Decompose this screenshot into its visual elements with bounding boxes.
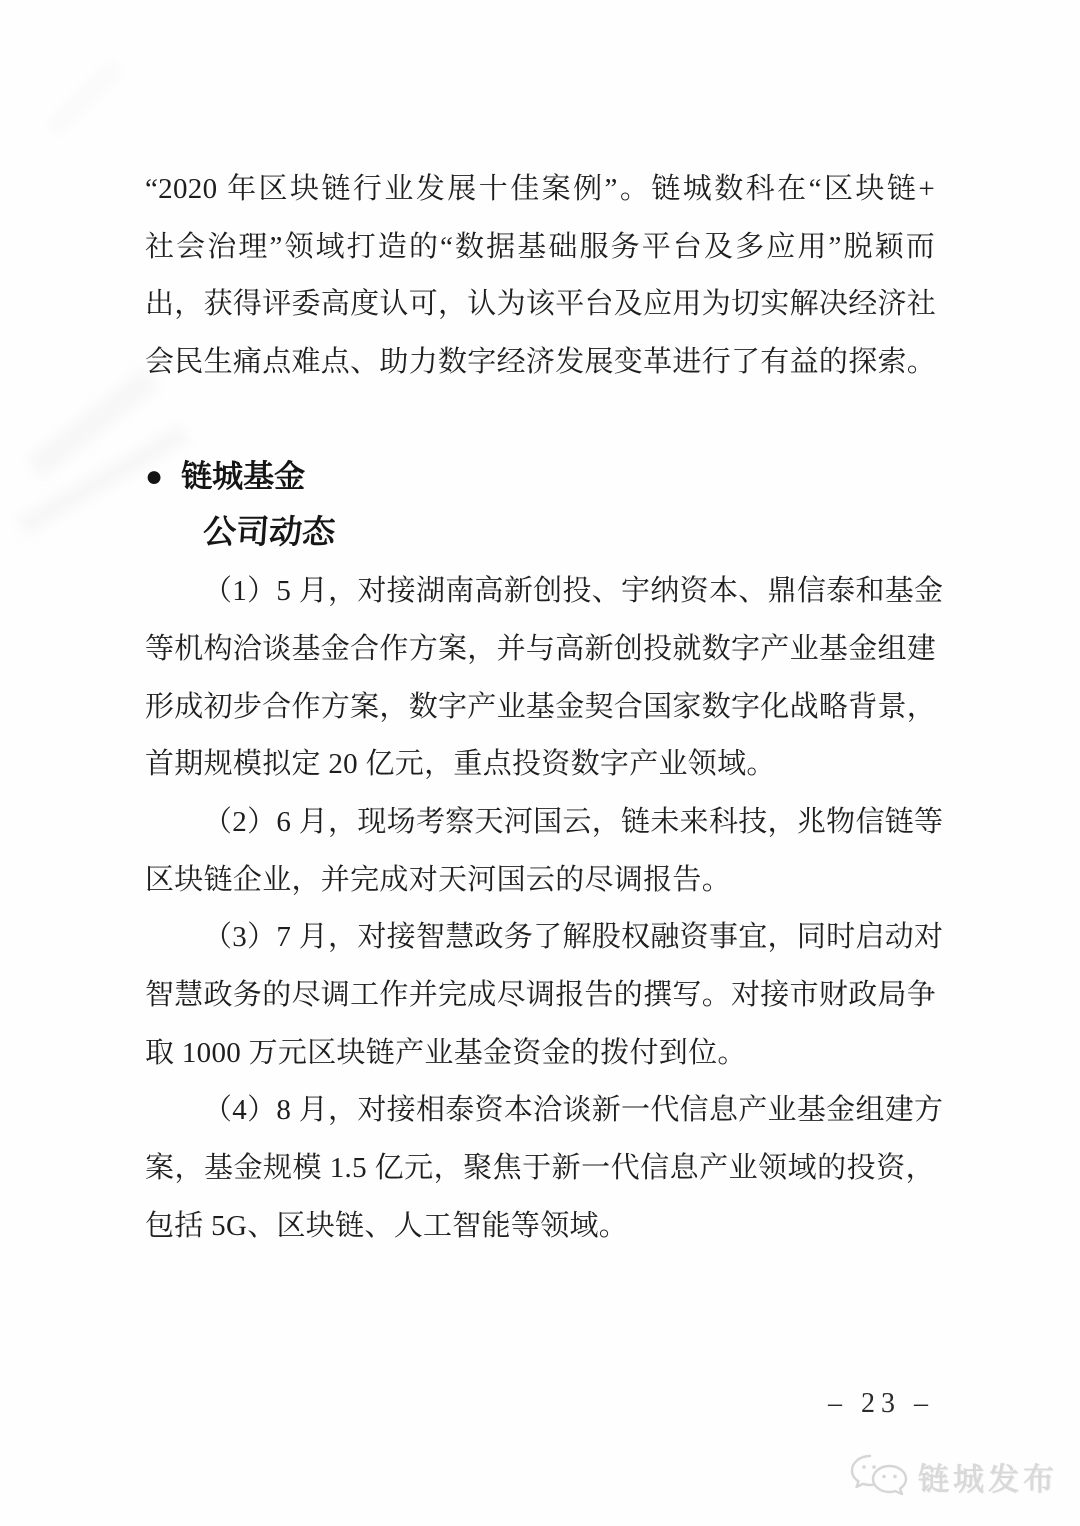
paragraph-1: （1）5 月，对接湖南高新创投、宇纳资本、鼎信泰和基金 等机构洽谈基金合作方案，…	[145, 563, 935, 794]
page-number: – 23 –	[828, 1388, 934, 1420]
wechat-icon	[848, 1450, 910, 1502]
text-line: （1）5 月，对接湖南高新创投、宇纳资本、鼎信泰和基金	[145, 563, 935, 621]
text-line: 等机构洽谈基金合作方案，并与高新创投就数字产业基金组建	[145, 621, 935, 679]
text-line: 区块链企业，并完成对天河国云的尽调报告。	[145, 852, 935, 910]
paragraph-3: （3）7 月，对接智慧政务了解股权融资事宜，同时启动对 智慧政务的尽调工作并完成…	[145, 909, 935, 1082]
text-line: 社会治理”领域打造的“数据基础服务平台及多应用”脱颖而	[145, 219, 935, 277]
text-line: 案，基金规模 1.5 亿元，聚焦于新一代信息产业领域的投资，	[145, 1140, 935, 1198]
text-line: （4）8 月，对接相泰资本洽谈新一代信息产业基金组建方	[145, 1082, 935, 1140]
watermark: 链城发布	[848, 1450, 1058, 1502]
intro-paragraph: “2020 年区块链行业发展十佳案例”。链城数科在“区块链+ 社会治理”领域打造…	[145, 161, 935, 392]
text-line: 会民生痛点难点、助力数字经济发展变革进行了有益的探索。	[145, 334, 935, 392]
bullet-icon: ●	[145, 462, 163, 492]
document-page: “2020 年区块链行业发展十佳案例”。链城数科在“区块链+ 社会治理”领域打造…	[0, 0, 1080, 1526]
subsection-title: 公司动态	[143, 505, 937, 563]
paragraph-4: （4）8 月，对接相泰资本洽谈新一代信息产业基金组建方 案，基金规模 1.5 亿…	[145, 1082, 935, 1255]
text-line: 首期规模拟定 20 亿元，重点投资数字产业领域。	[145, 736, 935, 794]
page-content: “2020 年区块链行业发展十佳案例”。链城数科在“区块链+ 社会治理”领域打造…	[145, 161, 935, 1255]
text-line: 包括 5G、区块链、人工智能等领域。	[145, 1198, 935, 1256]
section-heading: ● 链城基金	[145, 448, 935, 506]
watermark-label: 链城发布	[918, 1454, 1058, 1499]
text-line: （3）7 月，对接智慧政务了解股权融资事宜，同时启动对	[145, 909, 935, 967]
scan-artifact	[26, 367, 160, 480]
text-line: 形成初步合作方案，数字产业基金契合国家数字化战略背景，	[145, 679, 935, 737]
text-line: 智慧政务的尽调工作并完成尽调报告的撰写。对接市财政局争	[145, 967, 935, 1025]
section-title: 链城基金	[181, 448, 305, 506]
text-line: （2）6 月，现场考察天河国云，链未来科技，兆物信链等	[145, 794, 935, 852]
text-line: 出，获得评委高度认可，认为该平台及应用为切实解决经济社	[145, 276, 935, 334]
text-line: “2020 年区块链行业发展十佳案例”。链城数科在“区块链+	[145, 161, 935, 219]
paragraph-2: （2）6 月，现场考察天河国云，链未来科技，兆物信链等 区块链企业，并完成对天河…	[145, 794, 935, 909]
scan-artifact	[48, 61, 123, 136]
text-line: 取 1000 万元区块链产业基金资金的拨付到位。	[145, 1025, 935, 1083]
